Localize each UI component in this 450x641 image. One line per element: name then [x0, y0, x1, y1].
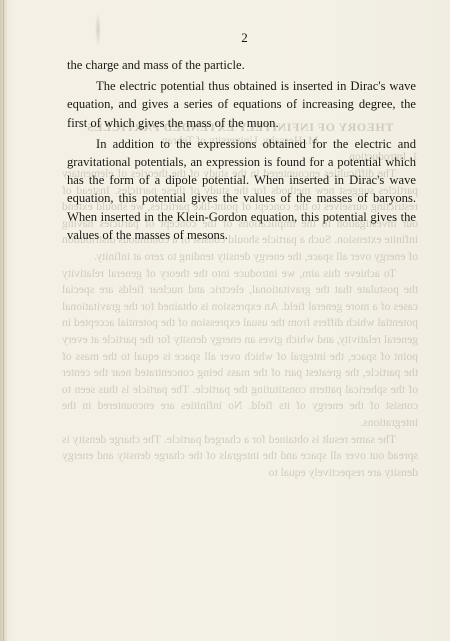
document-body: 2 the charge and mass of the particle. T…: [67, 30, 416, 247]
page-number: 2: [67, 30, 416, 46]
body-paragraph-continued: the charge and mass of the particle.: [67, 56, 416, 74]
body-paragraph: The electric potential thus obtained is …: [67, 77, 416, 132]
page-edge-line: [3, 0, 4, 641]
showthrough-paragraph: To achieve this aim, we introduce into t…: [62, 266, 418, 432]
scanned-page: THEORY OF INFINITELY EXTENDED PARTICLES …: [0, 0, 450, 641]
body-paragraph: In addition to the expressions obtained …: [67, 135, 416, 244]
page-binding-edge: [0, 0, 7, 641]
showthrough-paragraph: The same result is obtained for a charge…: [62, 432, 418, 482]
